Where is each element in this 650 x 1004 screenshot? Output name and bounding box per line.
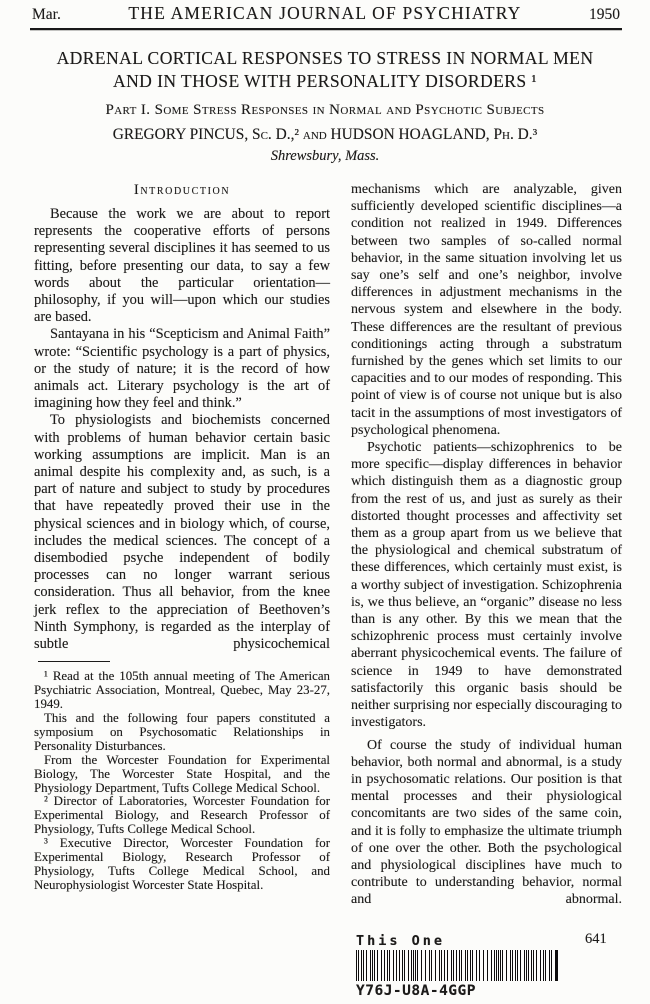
footnote: This and the following four papers const… bbox=[34, 712, 330, 754]
body-paragraph: Psychotic patients—schizophrenics to be … bbox=[351, 439, 622, 731]
header-rule bbox=[30, 28, 622, 30]
section-heading-introduction: Introduction bbox=[34, 181, 330, 199]
body-paragraph: Because the work we are about to report … bbox=[34, 206, 330, 326]
article-body: Introduction Because the work we are abo… bbox=[34, 181, 622, 909]
footnote: ¹ Read at the 105th annual meeting of Th… bbox=[34, 670, 330, 712]
body-paragraph: Santayana in his “Scepticism and Animal … bbox=[34, 326, 330, 412]
article-title-line1: ADRENAL CORTICAL RESPONSES TO STRESS IN … bbox=[0, 47, 650, 70]
footnotes: ¹ Read at the 105th annual meeting of Th… bbox=[34, 670, 330, 893]
footnote-separator bbox=[38, 661, 110, 662]
journal-page: Mar. THE AMERICAN JOURNAL OF PSYCHIATRY … bbox=[0, 0, 650, 1004]
header-year: 1950 bbox=[589, 6, 620, 24]
barcode-value: Y76J-U8A-4GGP bbox=[356, 983, 559, 999]
affiliation-line: Shrewsbury, Mass. bbox=[0, 147, 650, 165]
page-number: 641 bbox=[585, 931, 607, 948]
authors-line: GREGORY PINCUS, Sc. D.,² and HUDSON HOAG… bbox=[0, 125, 650, 144]
article-title-line2: AND IN THOSE WITH PERSONALITY DISORDERS … bbox=[0, 70, 650, 93]
left-column: Introduction Because the work we are abo… bbox=[34, 181, 330, 909]
body-paragraph: To physiologists and biochemists concern… bbox=[34, 412, 330, 653]
barcode-bars-icon bbox=[356, 950, 559, 981]
part-subtitle: Part I. Some Stress Responses in Normal … bbox=[0, 101, 650, 119]
footnote: From the Worcester Foundation for Experi… bbox=[34, 754, 330, 796]
header-month: Mar. bbox=[32, 6, 61, 24]
scan-stamp: This One bbox=[356, 933, 445, 949]
barcode: Y76J-U8A-4GGP bbox=[356, 950, 559, 999]
body-paragraph: mechanisms which are analyzable, given s… bbox=[351, 181, 622, 439]
body-paragraph: Of course the study of individual human … bbox=[351, 737, 622, 909]
header-journal-title: THE AMERICAN JOURNAL OF PSYCHIATRY bbox=[61, 4, 589, 22]
running-header: Mar. THE AMERICAN JOURNAL OF PSYCHIATRY … bbox=[0, 0, 650, 24]
footnote: ² Director of Laboratories, Worcester Fo… bbox=[34, 795, 330, 837]
footnote: ³ Executive Director, Worcester Foundati… bbox=[34, 837, 330, 893]
right-column: mechanisms which are analyzable, given s… bbox=[351, 181, 622, 909]
